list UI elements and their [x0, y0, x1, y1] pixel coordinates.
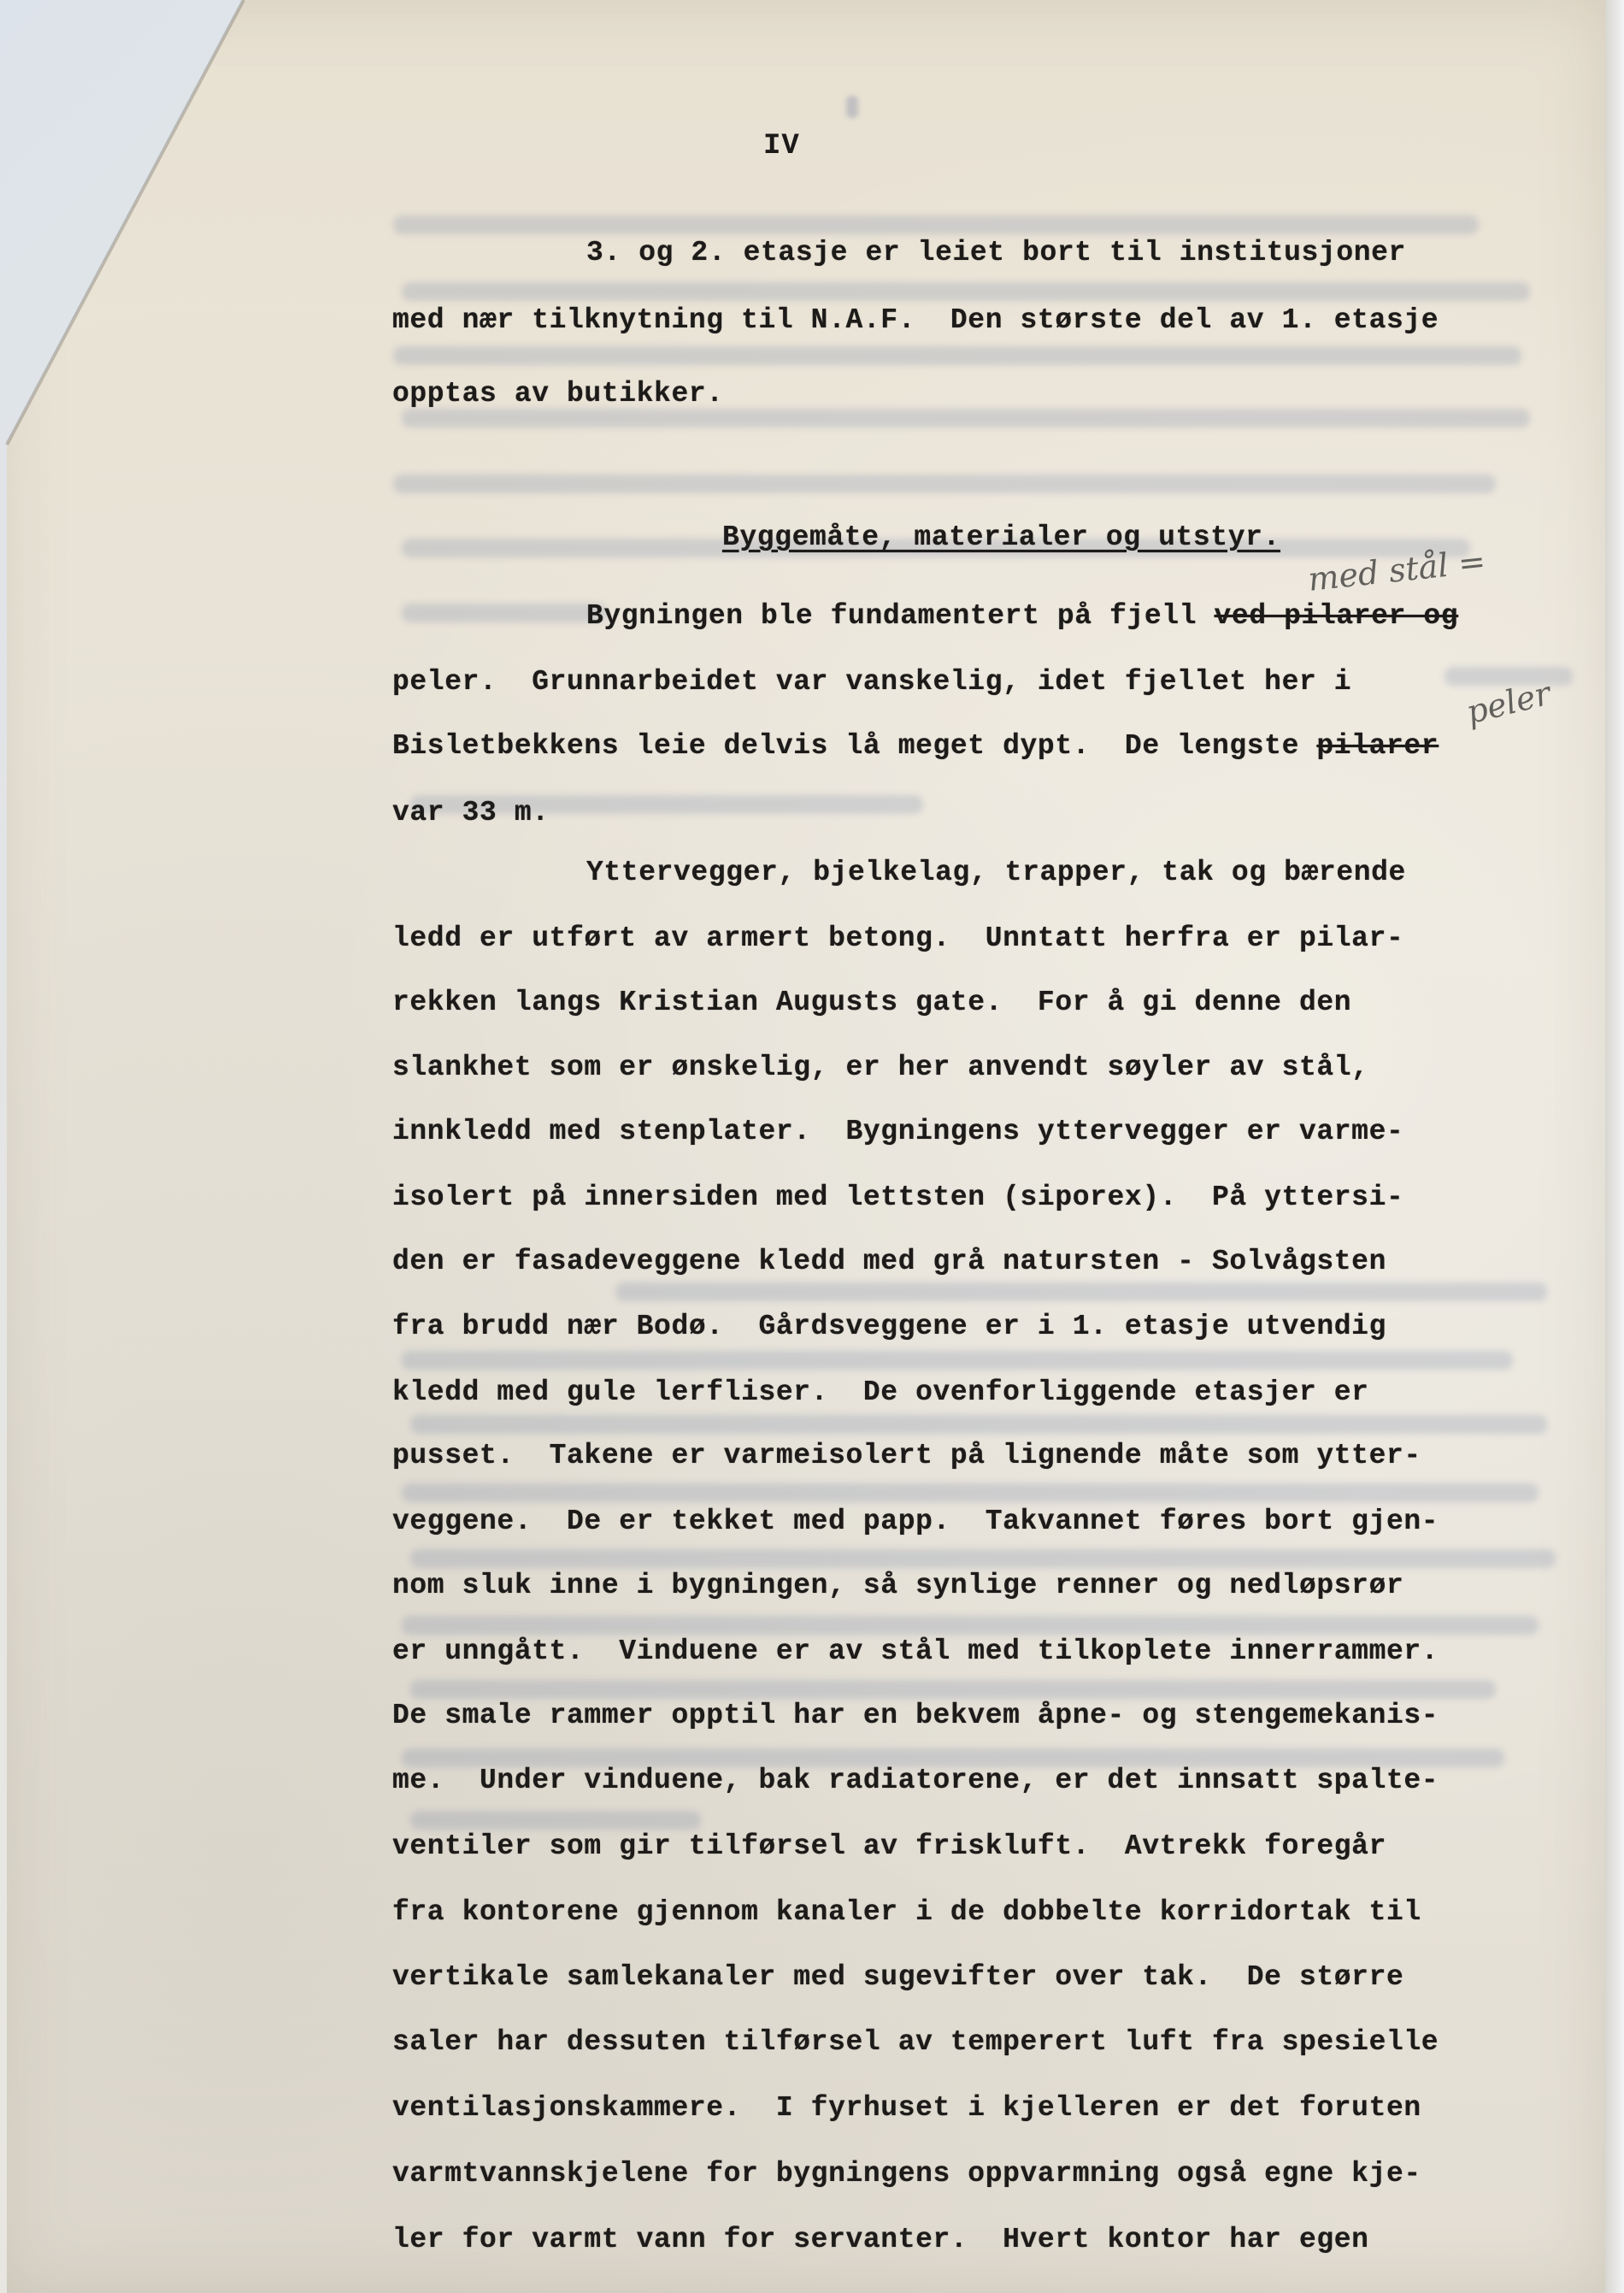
text-line: den er fasadeveggene kledd med grå natur… [392, 1245, 1386, 1279]
text-line: saler har dessuten tilførsel av temperer… [392, 2025, 1439, 2060]
struck-text: pilarer [1316, 730, 1439, 762]
text-line: vertikale samlekanaler med sugevifter ov… [392, 1960, 1403, 1995]
text-line: var 33 m. [392, 796, 550, 830]
text-line: veggene. De er tekket med papp. Takvanne… [392, 1505, 1439, 1539]
text-line: 3. og 2. etasje er leiet bort til instit… [586, 236, 1406, 270]
text-line: rekken langs Kristian Augusts gate. For … [392, 986, 1351, 1020]
text-line: ventilasjonskammere. I fyrhuset i kjelle… [392, 2091, 1421, 2125]
page-right-edge [1605, 0, 1624, 2293]
text-line: med nær tilknytning til N.A.F. Den størs… [392, 304, 1439, 338]
text-line: De smale rammer opptil har en bekvem åpn… [392, 1699, 1439, 1733]
text-line: opptas av butikker. [392, 377, 724, 411]
text-line: fra brudd nær Bodø. Gårdsveggene er i 1.… [392, 1310, 1386, 1344]
text-line: innkledd med stenplater. Bygningens ytte… [392, 1115, 1403, 1149]
section-heading: Byggemåte, materialer og utstyr. [722, 521, 1280, 555]
text-line: er unngått. Vinduene er av stål med tilk… [392, 1635, 1439, 1669]
text-line: me. Under vinduene, bak radiatorene, er … [392, 1764, 1439, 1798]
text-line: Yttervegger, bjelkelag, trapper, tak og … [586, 856, 1406, 890]
text-line: isolert på innersiden med lettsten (sipo… [392, 1181, 1403, 1215]
text-line: ledd er utført av armert betong. Unntatt… [392, 922, 1403, 956]
text-line: pusset. Takene er varmeisolert på lignen… [392, 1439, 1421, 1473]
text-line: slankhet som er ønskelig, er her anvendt… [392, 1051, 1369, 1085]
text-line: ventiler som gir tilførsel av friskluft.… [392, 1830, 1386, 1864]
text-line: Bisletbekkens leie delvis lå meget dypt.… [392, 729, 1439, 763]
text-line: peler. Grunnarbeidet var vanskelig, idet… [392, 665, 1351, 699]
text-line: Bygningen ble fundamentert på fjell ved … [586, 599, 1458, 634]
document-body: 3. og 2. etasje er leiet bort til instit… [392, 0, 1589, 1202]
text-line: fra kontorene gjennom kanaler i de dobbe… [392, 1895, 1421, 1930]
struck-text: ved pilarer og [1215, 600, 1459, 632]
text-line: kledd med gule lerfliser. De ovenforligg… [392, 1376, 1369, 1410]
text-line: ler for varmt vann for servanter. Hvert … [392, 2223, 1369, 2257]
text-line: varmtvannskjelene for bygningens oppvarm… [392, 2157, 1421, 2191]
text-line: nom sluk inne i bygningen, så synlige re… [392, 1569, 1403, 1603]
